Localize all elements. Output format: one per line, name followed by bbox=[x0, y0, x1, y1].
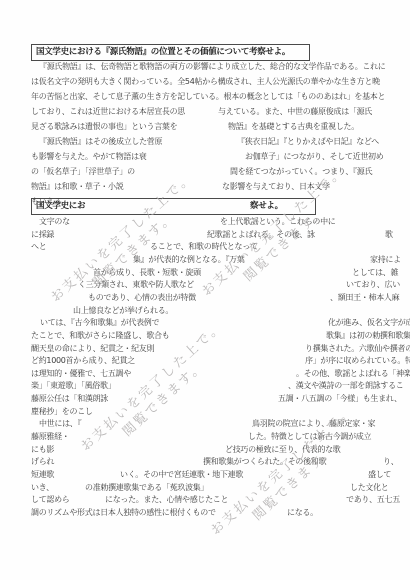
body-text-fragment: ものであり、心情の表出が特徴 bbox=[88, 293, 196, 303]
body-text-fragment: 塵秘抄」をのこし bbox=[31, 407, 93, 417]
body-text-fragment: り撰集された。六歌仙や撰者の歌な bbox=[305, 344, 410, 354]
body-text-fragment: の「仮名草子」「浮世草子」の bbox=[31, 167, 135, 177]
document-page: 国文学史における『源氏物語』の位置とその価値について考察せよ。国文学史にお察せよ… bbox=[0, 0, 410, 580]
body-text-fragment: 家持によ bbox=[370, 255, 401, 265]
body-text-fragment: 山上憶良などが挙げられる。 bbox=[73, 306, 173, 316]
body-text-fragment: り、 bbox=[383, 457, 398, 467]
body-text-fragment: であり、五七五 bbox=[346, 495, 400, 505]
body-text-fragment: 首から成り、長歌・短歌・旋頭 bbox=[93, 268, 201, 278]
body-text-fragment: 中世には、『 bbox=[39, 419, 81, 429]
body-text-fragment: ど技巧の極致に至り、代表的な歌 bbox=[225, 445, 341, 455]
body-text-fragment: を上代歌謡という。これらの中に bbox=[220, 217, 336, 227]
body-text-fragment: げられ bbox=[31, 457, 54, 467]
body-text-fragment: いては、『古今和歌集』が代表例で bbox=[40, 318, 159, 328]
body-text-fragment: になる。 bbox=[287, 508, 318, 518]
body-text-fragment: して認めら bbox=[31, 495, 70, 505]
body-text-fragment: 物語』を基礎とする古典を重視した。 bbox=[228, 122, 359, 132]
body-text-fragment: になった。また、心情や感じたこと bbox=[105, 495, 228, 505]
body-text-fragment: く三分類され、東歌や防人歌など bbox=[78, 280, 194, 290]
body-text-fragment: もいえる。 bbox=[31, 197, 70, 207]
body-text-fragment: 化が進み、仮名文字が成立し bbox=[328, 318, 410, 328]
body-text-fragment: な影響を与えており、日本文学 bbox=[222, 182, 330, 192]
body-text-fragment: 見ざる歌詠みは遺恨の事也」という言葉を bbox=[31, 122, 177, 132]
body-text-fragment: 楽」「東遊歌」「風俗歌」 bbox=[31, 381, 115, 391]
body-text-fragment: 集』が代表的な例となる。『万葉 bbox=[133, 255, 245, 265]
body-text-fragment: 、額田王・柿本人麻 bbox=[330, 293, 399, 303]
body-text-fragment: 鳥羽院の院宣により、藤原定家・家 bbox=[252, 419, 375, 429]
body-text-fragment: 盛して bbox=[368, 470, 391, 480]
body-text-fragment: 『源氏物語』は、伝奇物語と歌物語の両方の影響により成立した、総合的な文学作品であ… bbox=[39, 62, 386, 72]
body-text-fragment: した。特徴としては新古今調が成立 bbox=[248, 432, 371, 442]
body-text-fragment: 序」が序に収められている。特徴とし bbox=[305, 356, 410, 366]
body-text-fragment: 与えている。また、中世の藤原俊成は「源氏 bbox=[218, 107, 372, 117]
body-text-fragment: も影響を与えた。やがて物語は衰 bbox=[31, 152, 147, 162]
body-text-fragment: 。その他、歌謡とよばれる「神楽歌 bbox=[296, 369, 410, 379]
body-text-fragment: たことで、和歌がさらに隆盛し、歌合も bbox=[31, 331, 169, 341]
body-text-fragment: 『狭衣日記』『とりかえばや日記』などへ bbox=[237, 137, 379, 147]
body-text-fragment: ることで、和歌の時代となって bbox=[150, 242, 258, 252]
question-heading-box-2: 国文学史にお察せよ。 bbox=[31, 198, 316, 215]
body-text-fragment: 『源氏物語』はその後成立した菅原 bbox=[39, 137, 162, 147]
body-text-fragment: としては、雑 bbox=[352, 268, 398, 278]
body-text-fragment: は仮名文字の発明も大きく関わっている。全54帖から構成され、主人公光源氏の華やか… bbox=[31, 77, 380, 87]
body-text-fragment: 撰和歌集がつくられた。その後和歌 bbox=[203, 457, 326, 467]
body-text-fragment: いく。その中で宮廷連歌・地下連歌 bbox=[120, 470, 243, 480]
body-text-fragment: お伽草子」につながり、そして近世初め bbox=[245, 152, 383, 162]
body-text-fragment: 物語』は和歌・草子・小説 bbox=[31, 182, 123, 192]
body-text-fragment: に採録 bbox=[31, 230, 54, 240]
body-text-fragment: 醐天皇の命により、紀貫之・紀友則 bbox=[31, 344, 154, 354]
body-text-fragment: へと bbox=[31, 242, 46, 252]
body-text-fragment: 、漢文や漢詩の一部を朗詠するこ bbox=[288, 381, 404, 391]
body-text-fragment: 文字のな bbox=[39, 217, 70, 227]
body-text-fragment: ど約1000首から成り、紀貫之 bbox=[31, 356, 135, 366]
body-text-fragment: 歌 bbox=[385, 230, 393, 240]
body-text-fragment: いており、広い bbox=[346, 280, 400, 290]
body-text-fragment: した文化と bbox=[350, 483, 389, 493]
body-text-fragment: 年の苦悩と出家、そして息子薫の生き方を記している。根本の概念としては「もののあは… bbox=[31, 92, 385, 102]
body-text-fragment: 歌集』は初の勅撰和歌集で、醍 bbox=[326, 331, 410, 341]
body-text-fragment: 調のリズムや形式は日本人独特の感性に根付くもので bbox=[31, 508, 216, 518]
question-heading-box-1: 国文学史における『源氏物語』の位置とその価値について考察せよ。 bbox=[31, 44, 310, 61]
body-text-fragment: 短連歌 bbox=[31, 470, 54, 480]
body-text-fragment: 藤原公任は「和漢朗詠 bbox=[31, 394, 108, 404]
body-text-fragment: にも影 bbox=[31, 445, 54, 455]
body-text-fragment: 紀歌謡とよばれる。その後、詠 bbox=[207, 230, 315, 240]
body-text-fragment: は理知的・優雅で、七五調や bbox=[31, 369, 131, 379]
body-text-fragment: 間を経てつながっていく。つまり、『源氏 bbox=[230, 167, 372, 177]
body-text-fragment: しており、これは近世における本居宣長の思 bbox=[31, 107, 185, 117]
body-text-fragment: 藤原雅経・ bbox=[31, 432, 70, 442]
body-text-fragment: いき、 bbox=[31, 483, 54, 493]
question-heading-text: 国文学史における『源氏物語』の位置とその価値について考察せよ。 bbox=[36, 47, 290, 57]
body-text-fragment: の准勅撰連歌集である「菟玖波集」 bbox=[85, 483, 208, 493]
body-text-fragment: 五調・八五調の「今様」も生まれ、 bbox=[278, 394, 402, 404]
question-heading-text: 察せよ。 bbox=[250, 201, 283, 211]
